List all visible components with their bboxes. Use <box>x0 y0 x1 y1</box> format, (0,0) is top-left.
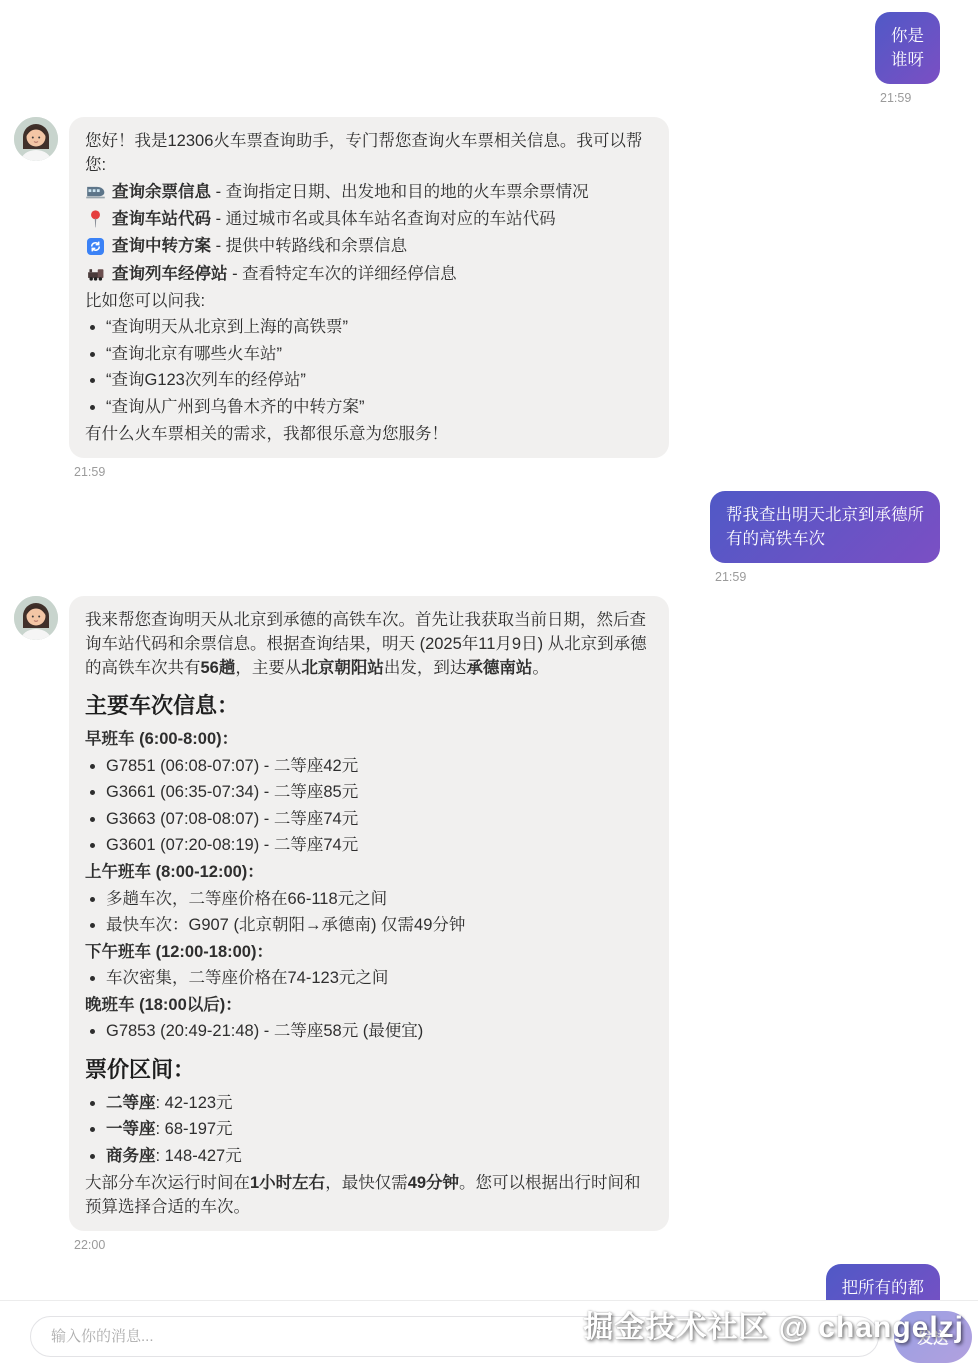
user-message-row: 你是 谁呀 21:59 <box>14 12 940 105</box>
section-title-train-info: 主要车次信息： <box>85 690 653 722</box>
train-item: G7851 (06:08-07:07) - 二等座42元 <box>106 754 653 778</box>
feature-desc: - 查询指定日期、出发地和目的地的火车票余票情况 <box>211 183 589 201</box>
train-list: G7853 (20:49-21:48) - 二等座58元 (最便宜) <box>85 1019 653 1043</box>
schedule-group-heading: 上午班车 (8:00-12:00)： <box>85 860 653 884</box>
assistant-message-bubble: 您好！我是12306火车票查询助手，专门帮您查询火车票相关信息。我可以帮您: 查… <box>69 117 669 457</box>
message-stack: 您好！我是12306火车票查询助手，专门帮您查询火车票相关信息。我可以帮您: 查… <box>69 117 669 478</box>
result-summary: 我来帮您查询明天从北京到承德的高铁车次。首先让我获取当前日期，然后查询车站代码和… <box>85 608 653 680</box>
train-list: 车次密集，二等座价格在74-123元之间 <box>85 966 653 990</box>
section-title-price-range: 票价区间： <box>85 1054 653 1086</box>
feature-name: 查询余票信息 <box>112 183 211 201</box>
train-item: 车次密集，二等座价格在74-123元之间 <box>106 966 653 990</box>
message-timestamp: 21:59 <box>880 91 940 105</box>
closing-text: 有什么火车票相关的需求，我都很乐意为您服务！ <box>85 422 653 446</box>
feature-text: 查询车站代码 - 通过城市名或具体车站名查询对应的车站代码 <box>112 207 556 231</box>
example-question: “查询明天从北京到上海的高铁票” <box>106 315 653 339</box>
train-list: 多趟车次，二等座价格在66-118元之间 最快车次：G907 (北京朝阳→承德南… <box>85 887 653 938</box>
transfer-arrows-icon <box>85 238 106 255</box>
closing-advice: 大部分车次运行时间在1小时左右，最快仅需49分钟。您可以根据出行时间和预算选择合… <box>85 1171 653 1219</box>
assistant-avatar <box>14 596 58 640</box>
user-message-bubble: 帮我查出明天北京到承德所 有的高铁车次 <box>710 491 940 563</box>
composer-bar: 发送 <box>0 1300 978 1372</box>
feature-desc: - 通过城市名或具体车站名查询对应的车站代码 <box>211 210 556 228</box>
assistant-message-row: 您好！我是12306火车票查询助手，专门帮您查询火车票相关信息。我可以帮您: 查… <box>14 117 940 478</box>
feature-desc: - 查看特定车次的详细经停信息 <box>228 265 457 283</box>
feature-list: 查询余票信息 - 查询指定日期、出发地和目的地的火车票余票情况 查询车站代码 -… <box>85 180 653 285</box>
chat-window: 你是 谁呀 21:59 您好！我是12306火 <box>0 0 978 1372</box>
example-question-list: “查询明天从北京到上海的高铁票” “查询北京有哪些火车站” “查询G123次列车… <box>85 315 653 419</box>
examples-intro: 比如您可以问我: <box>85 289 653 313</box>
feature-item: 查询余票信息 - 查询指定日期、出发地和目的地的火车票余票情况 <box>85 180 653 204</box>
round-pushpin-icon <box>85 210 106 228</box>
avatar-illustration <box>14 117 58 161</box>
feature-name: 查询车站代码 <box>112 210 211 228</box>
price-item: 二等座: 42-123元 <box>106 1091 653 1115</box>
price-item: 一等座: 68-197元 <box>106 1117 653 1141</box>
locomotive-icon <box>85 267 106 281</box>
message-stack: 你是 谁呀 21:59 <box>875 12 940 105</box>
train-item: G7853 (20:49-21:48) - 二等座58元 (最便宜) <box>106 1019 653 1043</box>
high-speed-train-icon <box>85 186 106 199</box>
feature-name: 查询中转方案 <box>112 237 211 255</box>
feature-text: 查询中转方案 - 提供中转路线和余票信息 <box>112 234 407 258</box>
message-stack: 帮我查出明天北京到承德所 有的高铁车次 21:59 <box>710 491 940 584</box>
message-stack: 我来帮您查询明天从北京到承德的高铁车次。首先让我获取当前日期，然后查询车站代码和… <box>69 596 669 1252</box>
message-input[interactable] <box>30 1316 879 1357</box>
example-question: “查询从广州到乌鲁木齐的中转方案” <box>106 395 653 419</box>
feature-item: 查询车站代码 - 通过城市名或具体车站名查询对应的车站代码 <box>85 207 653 231</box>
message-stack: 把所有的都 列出来 22:00 <box>826 1264 941 1300</box>
schedule-group-heading: 早班车 (6:00-8:00)： <box>85 727 653 751</box>
feature-text: 查询列车经停站 - 查看特定车次的详细经停信息 <box>112 262 457 286</box>
example-question: “查询北京有哪些火车站” <box>106 342 653 366</box>
example-question: “查询G123次列车的经停站” <box>106 368 653 392</box>
avatar-illustration <box>14 596 58 640</box>
schedule-group-heading: 下午班车 (12:00-18:00)： <box>85 940 653 964</box>
assistant-message-bubble: 我来帮您查询明天从北京到承德的高铁车次。首先让我获取当前日期，然后查询车站代码和… <box>69 596 669 1231</box>
user-message-row: 帮我查出明天北京到承德所 有的高铁车次 21:59 <box>14 491 940 584</box>
user-message-row: 把所有的都 列出来 22:00 <box>14 1264 940 1300</box>
train-list: G7851 (06:08-07:07) - 二等座42元 G3661 (06:3… <box>85 754 653 858</box>
message-timestamp: 22:00 <box>74 1238 669 1252</box>
train-item: 多趟车次，二等座价格在66-118元之间 <box>106 887 653 911</box>
feature-item: 查询列车经停站 - 查看特定车次的详细经停信息 <box>85 262 653 286</box>
feature-name: 查询列车经停站 <box>112 265 228 283</box>
user-message-bubble: 你是 谁呀 <box>875 12 940 84</box>
assistant-avatar <box>14 117 58 161</box>
train-item: G3663 (07:08-08:07) - 二等座74元 <box>106 807 653 831</box>
train-item: 最快车次：G907 (北京朝阳→承德南) 仅需49分钟 <box>106 913 653 937</box>
feature-text: 查询余票信息 - 查询指定日期、出发地和目的地的火车票余票情况 <box>112 180 589 204</box>
feature-item: 查询中转方案 - 提供中转路线和余票信息 <box>85 234 653 258</box>
message-timestamp: 21:59 <box>715 570 940 584</box>
feature-desc: - 提供中转路线和余票信息 <box>211 237 407 255</box>
schedule-group-heading: 晚班车 (18:00以后)： <box>85 993 653 1017</box>
assistant-message-row: 我来帮您查询明天从北京到承德的高铁车次。首先让我获取当前日期，然后查询车站代码和… <box>14 596 940 1252</box>
user-message-bubble: 把所有的都 列出来 <box>826 1264 941 1300</box>
train-item: G3601 (07:20-08:19) - 二等座74元 <box>106 833 653 857</box>
price-item: 商务座: 148-427元 <box>106 1144 653 1168</box>
price-list: 二等座: 42-123元 一等座: 68-197元 商务座: 148-427元 <box>85 1091 653 1168</box>
greeting-text: 您好！我是12306火车票查询助手，专门帮您查询火车票相关信息。我可以帮您: <box>85 129 653 177</box>
message-scroll-area[interactable]: 你是 谁呀 21:59 您好！我是12306火 <box>0 0 978 1300</box>
message-timestamp: 21:59 <box>74 465 669 479</box>
send-button[interactable]: 发送 <box>894 1311 972 1363</box>
train-item: G3661 (06:35-07:34) - 二等座85元 <box>106 780 653 804</box>
